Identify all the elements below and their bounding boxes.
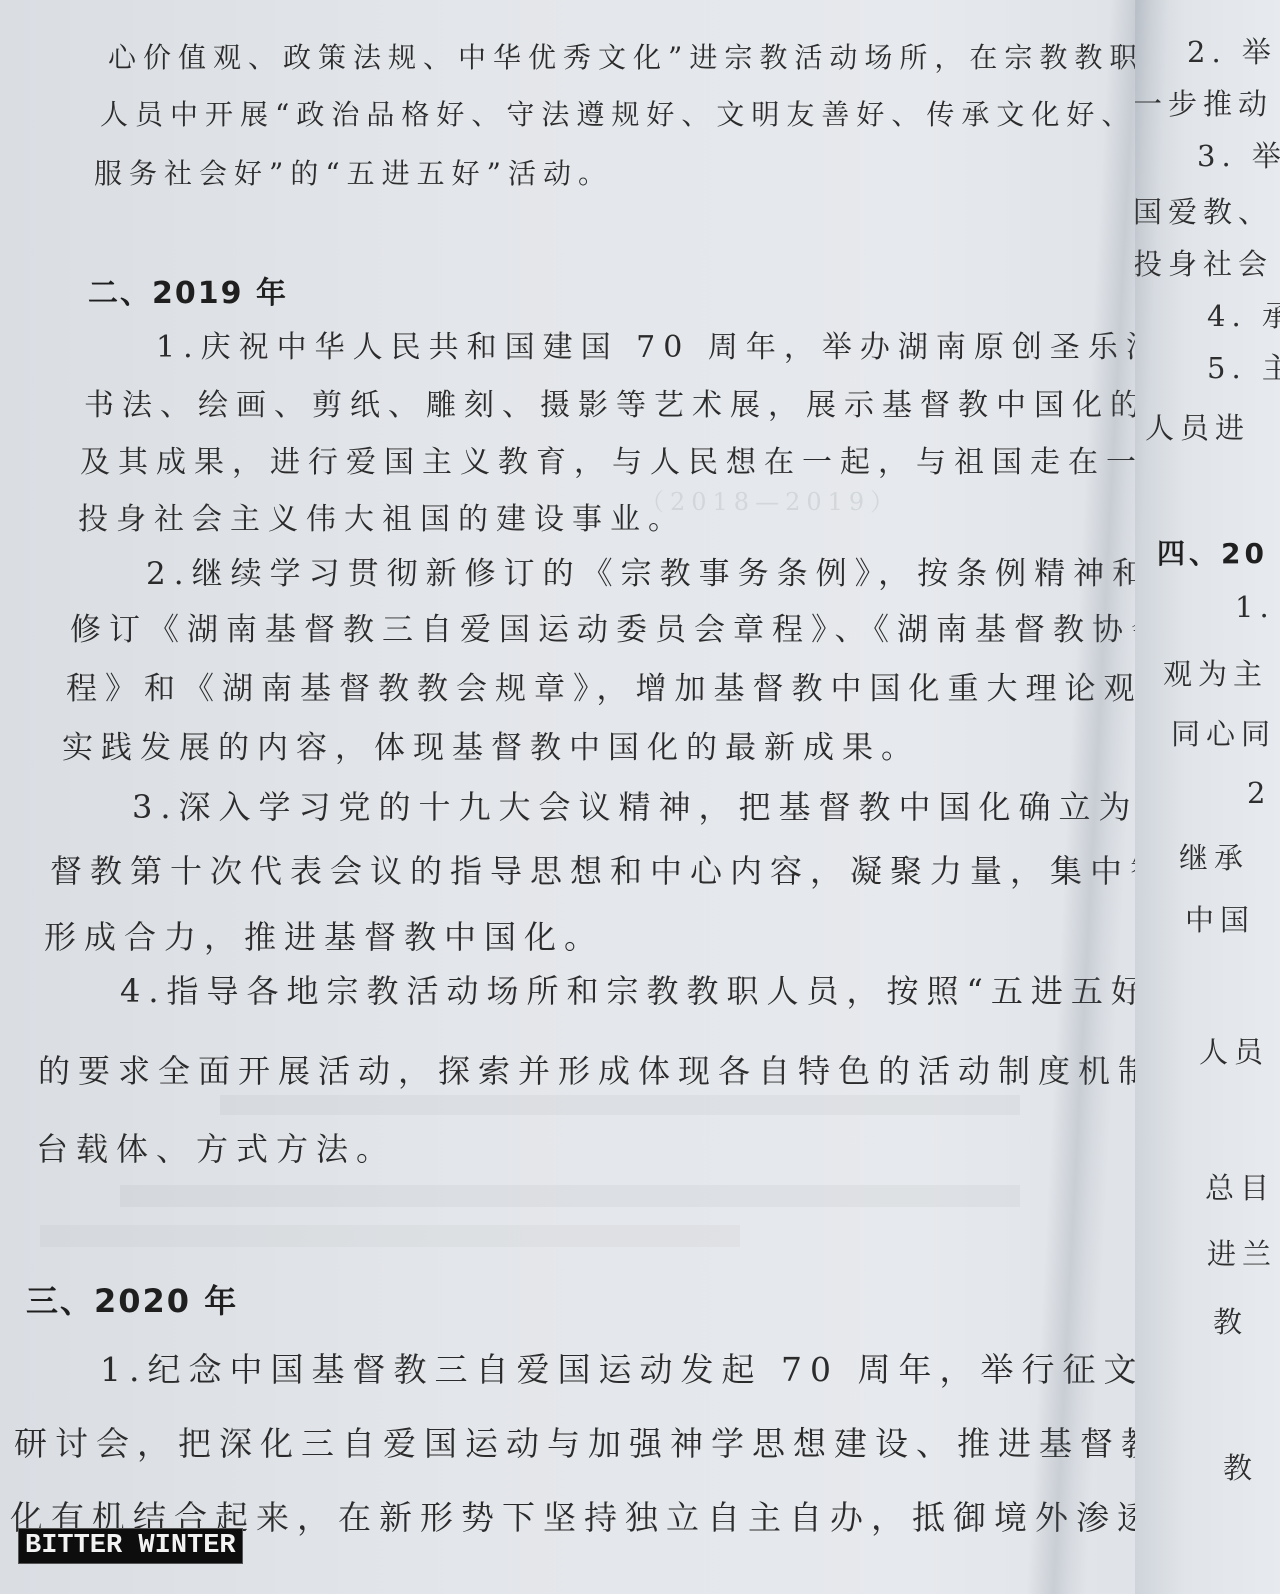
fragment-text: 中国 [1185,898,1255,939]
paragraph-line: 书法、绘画、剪纸、雕刻、摄影等艺术展，展示基督教中国化的探索 [84,380,1224,424]
fragment-text: 人员 [1199,1030,1269,1071]
fragment-text: 进兰 [1207,1232,1277,1273]
paragraph-line: 人员中开展“政治品格好、守法遵规好、文明友善好、传承文化好、 [100,93,1136,133]
paragraph-line: 及其成果，进行爱国主义教育，与人民想在一起，与祖国走在一起， [80,437,1220,481]
fragment-text: 教 [1213,1300,1248,1341]
fragment-text: 5. 主 [1207,346,1280,387]
fragment-text: 2 [1247,776,1271,810]
fragment-heading: 四、20 [1157,532,1268,572]
bleed-through-smudge [40,1225,740,1247]
paragraph-line: 1.庆祝中华人民共和国建国 70 周年，举办湖南原创圣乐汇演及 [156,322,1240,366]
fragment-text: 1. [1235,590,1275,624]
bleed-through-smudge [220,1095,1020,1115]
paragraph-line: 4.指导各地宗教活动场所和宗教教职人员，按照“五进五好”总 [120,966,1215,1012]
paragraph-line: 形成合力，推进基督教中国化。 [44,912,604,958]
fragment-text: 总目 [1205,1166,1275,1207]
paragraph-line: 修订《湖南基督教三自爱国运动委员会章程》、《湖南基督教协会章 [70,604,1209,649]
main-page: （2018—2019） 心价值观、政策法规、中华优秀文化”进宗教活动场所，在宗教… [0,0,1150,1594]
fragment-text: 人员进 [1145,406,1250,447]
paragraph-line: 台载体、方式方法。 [36,1124,396,1170]
fragment-text: 继承 [1179,836,1249,877]
fragment-text: 教 [1223,1446,1258,1487]
fragment-text: 观为主 [1163,652,1268,693]
fragment-text: 2. 举 [1187,30,1277,71]
paragraph-line: 2.继续学习贯彻新修订的《宗教事务条例》，按条例精神和规定 [146,548,1229,593]
photo-scene: （2018—2019） 心价值观、政策法规、中华优秀文化”进宗教活动场所，在宗教… [0,0,1280,1594]
fragment-text: 同心同 [1171,712,1276,753]
fragment-text: 4. 承 [1207,294,1280,335]
watermark-logo: BITTER WINTER [18,1528,243,1564]
fragment-text: 3. 举 [1197,134,1280,175]
paragraph-line: 心价值观、政策法规、中华优秀文化”进宗教活动场所，在宗教教职 [108,36,1144,76]
paragraph-line: 投身社会主义伟大祖国的建设事业。 [78,494,686,538]
section-heading-2020: 三、2020 年 [26,1276,238,1322]
section-heading-2019: 二、2019 年 [88,268,288,312]
paragraph-line: 服务社会好”的“五进五好”活动。 [94,152,613,192]
paragraph-line: 程》和《湖南基督教教会规章》，增加基督教中国化重大理论观点和 [66,663,1221,708]
paragraph-line: 实践发展的内容，体现基督教中国化的最新成果。 [62,722,920,767]
bleed-through-smudge [120,1185,1020,1207]
